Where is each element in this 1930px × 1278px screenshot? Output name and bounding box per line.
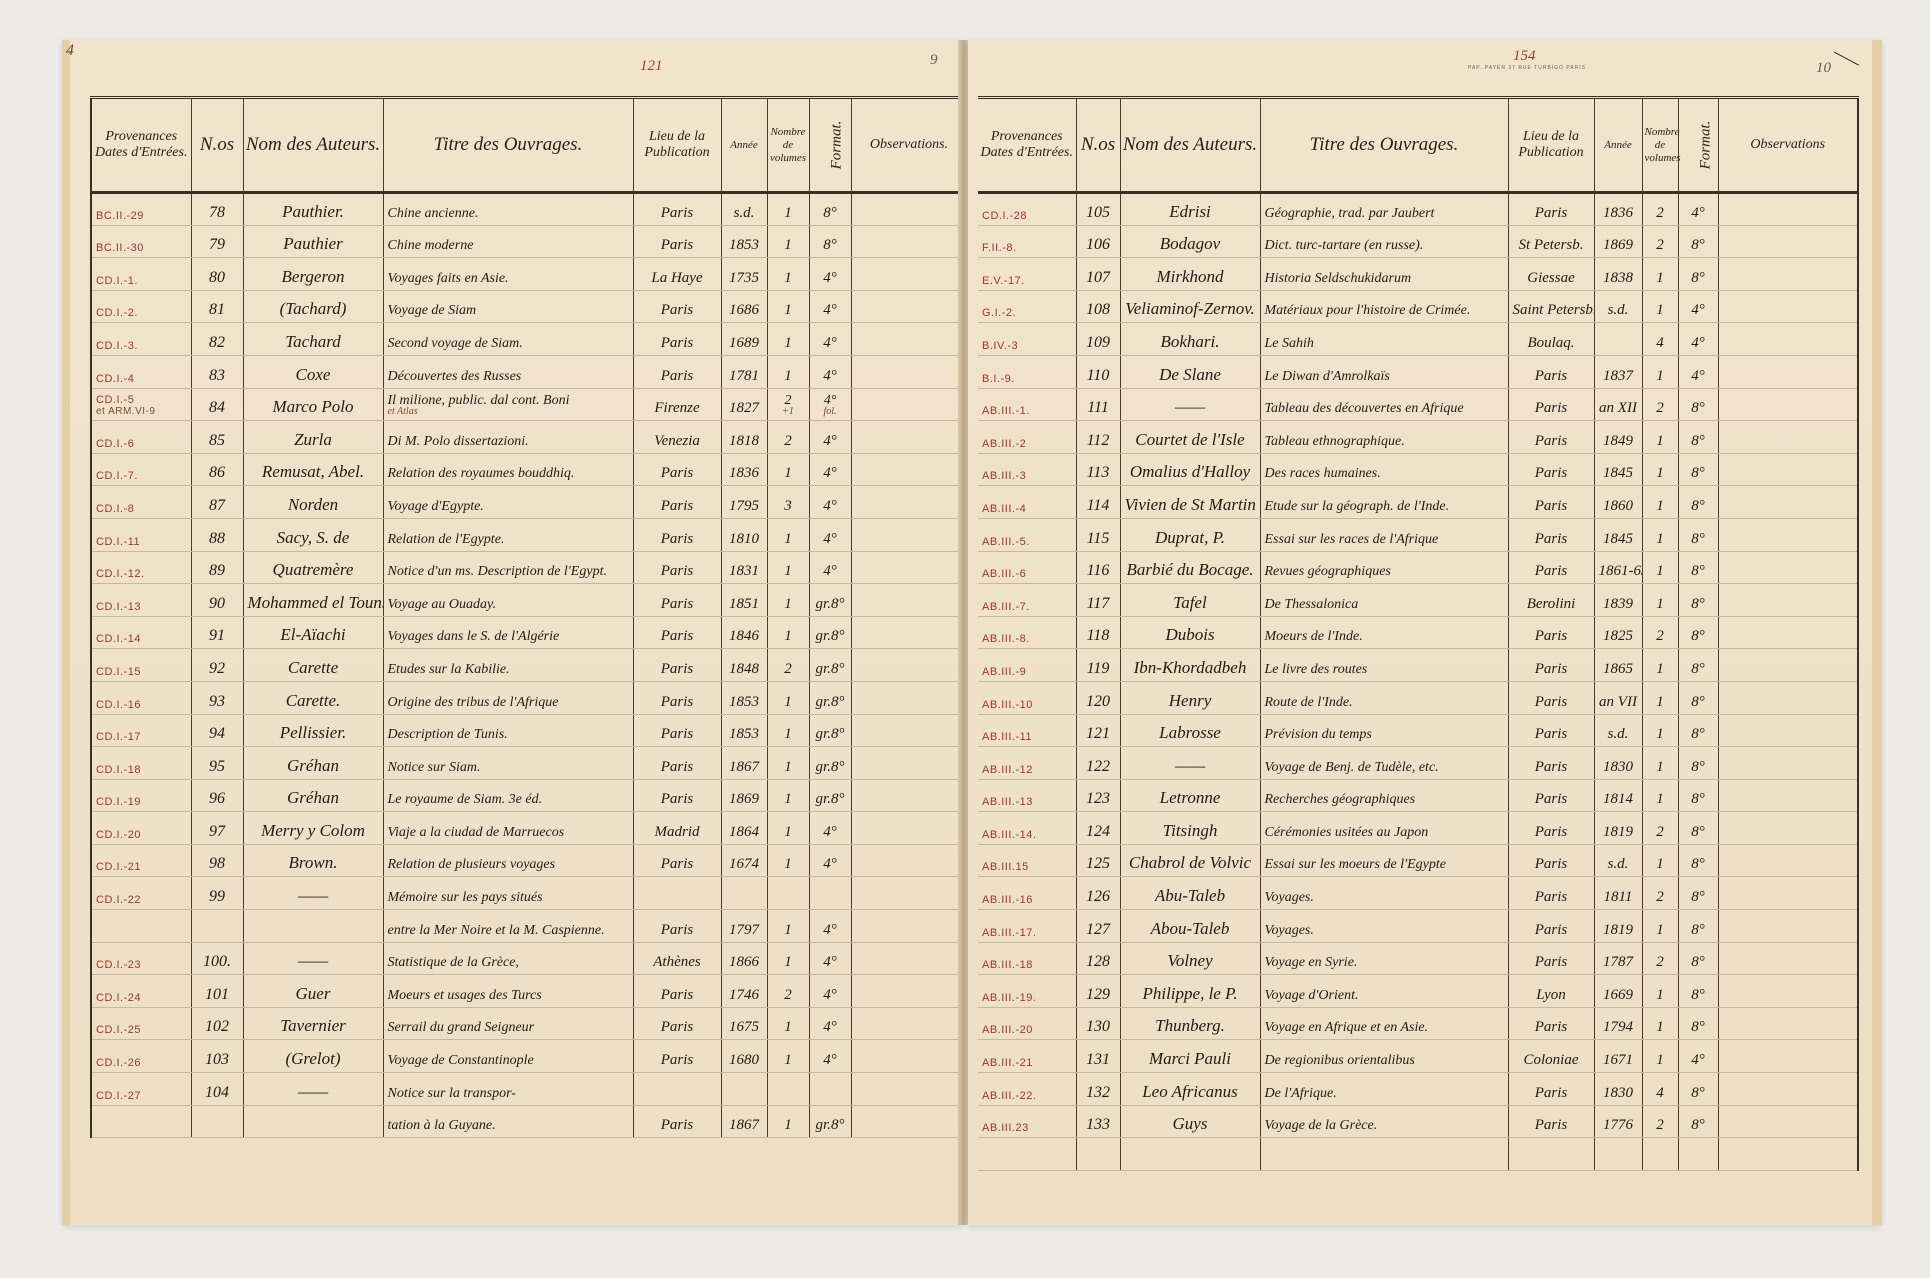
place-cell: Paris — [1508, 1073, 1594, 1106]
observations-cell — [1718, 942, 1858, 975]
number-cell: 79 — [191, 225, 243, 258]
title-cell: Etude sur la géograph. de l'Inde. — [1260, 486, 1508, 519]
volumes-cell: 1 — [1642, 747, 1678, 780]
register-row: BC.II.-2978Pauthier.Chine ancienne.Paris… — [91, 193, 967, 226]
title-cell: Voyage de Benj. de Tudèle, etc. — [1260, 747, 1508, 780]
provenance-cell — [91, 1105, 191, 1138]
volumes-cell — [767, 877, 809, 910]
format-cell: 8° — [1678, 518, 1718, 551]
year-cell: 1849 — [1594, 421, 1642, 454]
observations-cell — [1718, 323, 1858, 356]
title-cell: Voyage d'Egypte. — [383, 486, 633, 519]
title-cell-main: Il milione, public. dal cont. Boni — [388, 395, 629, 406]
year-cell: 1846 — [721, 616, 767, 649]
volumes-cell: 1 — [1642, 1007, 1678, 1040]
number-cell: 80 — [191, 258, 243, 291]
provenance-cell: AB.III.-14. — [978, 812, 1076, 845]
format-cell: gr.8° — [809, 1105, 851, 1138]
volumes-cell: 1 — [1642, 551, 1678, 584]
format-cell: 4° — [809, 812, 851, 845]
provenance-cell: CD.I.-4 — [91, 355, 191, 388]
place-cell: Paris — [633, 616, 721, 649]
provenance-cell: AB.III.-13 — [978, 779, 1076, 812]
register-row: AB.III.-19.129Philippe, le P.Voyage d'Or… — [978, 975, 1858, 1008]
number-cell: 112 — [1076, 421, 1120, 454]
author-cell — [243, 1105, 383, 1138]
register-row: AB.III.-16126Abu-TalebVoyages.Paris18112… — [978, 877, 1858, 910]
register-row: AB.III.-13123LetronneRecherches géograph… — [978, 779, 1858, 812]
provenance-cell: BC.II.-29 — [91, 193, 191, 226]
year-cell: 1669 — [1594, 975, 1642, 1008]
volumes-cell: 1 — [1642, 714, 1678, 747]
header-title: Titre des Ouvrages. — [1260, 98, 1508, 193]
format-cell: 8° — [1678, 812, 1718, 845]
place-cell: Paris — [1508, 747, 1594, 780]
title-cell: Chine moderne — [383, 225, 633, 258]
format-cell: 4° — [809, 844, 851, 877]
year-cell: 1837 — [1594, 355, 1642, 388]
observations-cell — [851, 714, 967, 747]
title-cell: Chine ancienne. — [383, 193, 633, 226]
provenance-cell: B.I.-9. — [978, 355, 1076, 388]
year-cell: 1814 — [1594, 779, 1642, 812]
author-cell: Philippe, le P. — [1120, 975, 1260, 1008]
year-cell: 1848 — [721, 649, 767, 682]
place-cell: Paris — [633, 193, 721, 226]
provenance-cell: AB.III.-9 — [978, 649, 1076, 682]
format-cell: 4°fol. — [809, 388, 851, 421]
provenance-cell: AB.III.-22. — [978, 1073, 1076, 1106]
number-cell: 120 — [1076, 681, 1120, 714]
volumes-cell: 2 — [1642, 225, 1678, 258]
author-cell: (Grelot) — [243, 1040, 383, 1073]
number-cell: 128 — [1076, 942, 1120, 975]
year-cell: 1867 — [721, 747, 767, 780]
title-cell: Relation de plusieurs voyages — [383, 844, 633, 877]
observations-cell — [1718, 225, 1858, 258]
observations-cell — [851, 193, 967, 226]
observations-cell — [1718, 290, 1858, 323]
year-cell: 1866 — [721, 942, 767, 975]
number-cell: 125 — [1076, 844, 1120, 877]
author-cell: Duprat, P. — [1120, 518, 1260, 551]
register-row: AB.III.-4114Vivien de St MartinEtude sur… — [978, 486, 1858, 519]
number-cell — [191, 910, 243, 943]
title-cell: Il milione, public. dal cont. Boniet Atl… — [383, 388, 633, 421]
year-cell: 1830 — [1594, 747, 1642, 780]
register-row: CD.I.-26103(Grelot)Voyage de Constantino… — [91, 1040, 967, 1073]
year-cell: 1675 — [721, 1007, 767, 1040]
provenance-cell: AB.III.-12 — [978, 747, 1076, 780]
observations-cell — [1718, 812, 1858, 845]
format-cell: 4° — [809, 290, 851, 323]
register-table-left: Provenances Dates d'Entrées. N.os Nom de… — [90, 96, 968, 1138]
title-cell: Di M. Polo dissertazioni. — [383, 421, 633, 454]
number-cell: 111 — [1076, 388, 1120, 421]
number-cell: 91 — [191, 616, 243, 649]
observations-cell — [851, 290, 967, 323]
observations-cell — [851, 453, 967, 486]
author-cell: Guer — [243, 975, 383, 1008]
author-cell: Guys — [1120, 1105, 1260, 1138]
volumes-cell: 1 — [1642, 910, 1678, 943]
year-cell: 1686 — [721, 290, 767, 323]
volumes-cell: 1 — [767, 910, 809, 943]
provenance-cell: AB.III.-8. — [978, 616, 1076, 649]
observations-cell — [851, 388, 967, 421]
number-cell: 98 — [191, 844, 243, 877]
format-cell: 4° — [809, 453, 851, 486]
place-cell: Paris — [1508, 910, 1594, 943]
place-cell: Paris — [633, 584, 721, 617]
year-cell: 1795 — [721, 486, 767, 519]
title-cell: Prévision du temps — [1260, 714, 1508, 747]
author-cell: Veliaminof-Zernov. — [1120, 290, 1260, 323]
volumes-cell: 2 — [1642, 812, 1678, 845]
register-row: CD.I.-1188Sacy, S. deRelation de l'Egypt… — [91, 518, 967, 551]
year-cell: 1836 — [1594, 193, 1642, 226]
year-cell: 1836 — [721, 453, 767, 486]
year-cell: 1838 — [1594, 258, 1642, 291]
title-cell: Relation de l'Egypte. — [383, 518, 633, 551]
observations-cell — [1718, 1040, 1858, 1073]
place-cell: Paris — [1508, 355, 1594, 388]
year-cell: 1865 — [1594, 649, 1642, 682]
register-row: CD.I.-23100.——Statistique de la Grèce,At… — [91, 942, 967, 975]
header-place: Lieu de la Publication — [633, 98, 721, 193]
observations-cell — [1718, 649, 1858, 682]
register-row: AB.III.-9119Ibn-KhordadbehLe livre des r… — [978, 649, 1858, 682]
number-cell: 95 — [191, 747, 243, 780]
author-cell: Pauthier — [243, 225, 383, 258]
format-cell: gr.8° — [809, 747, 851, 780]
place-cell: Paris — [1508, 551, 1594, 584]
volumes-cell: 1 — [767, 1007, 809, 1040]
format-cell: gr.8° — [809, 779, 851, 812]
format-cell: 4° — [809, 1040, 851, 1073]
place-cell: Paris — [1508, 942, 1594, 975]
year-cell — [721, 1073, 767, 1106]
author-cell: Ibn-Khordadbeh — [1120, 649, 1260, 682]
observations-cell — [851, 1007, 967, 1040]
observations-cell — [1718, 193, 1858, 226]
observations-cell — [851, 551, 967, 584]
year-cell: s.d. — [1594, 290, 1642, 323]
observations-cell — [851, 747, 967, 780]
author-cell: Titsingh — [1120, 812, 1260, 845]
number-cell: 81 — [191, 290, 243, 323]
title-cell: Voyages dans le S. de l'Algérie — [383, 616, 633, 649]
author-cell: Edrisi — [1120, 193, 1260, 226]
observations-cell — [851, 355, 967, 388]
title-cell: Voyages. — [1260, 877, 1508, 910]
observations-cell — [851, 681, 967, 714]
year-cell — [721, 877, 767, 910]
number-cell: 100. — [191, 942, 243, 975]
header-author: Nom des Auteurs. — [1120, 98, 1260, 193]
volumes-cell: 1 — [767, 290, 809, 323]
author-cell — [243, 910, 383, 943]
register-row: CD.I.-2198Brown.Relation de plusieurs vo… — [91, 844, 967, 877]
register-row: E.V.-17.107MirkhondHistoria Seldschukida… — [978, 258, 1858, 291]
place-cell: Paris — [633, 1007, 721, 1040]
observations-cell — [1718, 975, 1858, 1008]
register-row: AB.III.-5.115Duprat, P.Essai sur les rac… — [978, 518, 1858, 551]
volumes-cell: 1 — [767, 942, 809, 975]
volumes-cell: 1 — [767, 225, 809, 258]
observations-cell — [851, 844, 967, 877]
format-cell: 4° — [1678, 193, 1718, 226]
volumes-cell: 2+1 — [767, 388, 809, 421]
author-cell: —— — [243, 942, 383, 975]
format-cell-main: 4° — [814, 395, 847, 406]
observations-cell — [1718, 584, 1858, 617]
year-cell: 1746 — [721, 975, 767, 1008]
title-cell: Mémoire sur les pays situés — [383, 877, 633, 910]
year-cell: 1869 — [1594, 225, 1642, 258]
author-cell: Zurla — [243, 421, 383, 454]
volumes-cell: 1 — [767, 747, 809, 780]
year-cell: an XII — [1594, 388, 1642, 421]
title-cell: Notice d'un ms. Description de l'Egypt. — [383, 551, 633, 584]
author-cell: Mirkhond — [1120, 258, 1260, 291]
observations-cell — [1718, 551, 1858, 584]
observations-cell — [1718, 779, 1858, 812]
number-cell: 121 — [1076, 714, 1120, 747]
place-cell: Paris — [633, 1040, 721, 1073]
number-cell: 118 — [1076, 616, 1120, 649]
register-row: CD.I.-12.89QuatremèreNotice d'un ms. Des… — [91, 551, 967, 584]
observations-cell — [1718, 453, 1858, 486]
volumes-cell: 3 — [767, 486, 809, 519]
volumes-cell — [1642, 1138, 1678, 1171]
register-row: AB.III.-3113Omalius d'HalloyDes races hu… — [978, 453, 1858, 486]
left-page: 4 121 9 Provenances Dates d'Entrées. N.o… — [62, 40, 962, 1225]
register-row: B.IV.-3109Bokhari.Le SahihBoulaq.44° — [978, 323, 1858, 356]
volumes-cell: 4 — [1642, 323, 1678, 356]
author-cell: Mohammed el Tounsy — [243, 584, 383, 617]
register-row: CD.I.-7.86Remusat, Abel.Relation des roy… — [91, 453, 967, 486]
number-cell: 99 — [191, 877, 243, 910]
number-cell — [1076, 1138, 1120, 1171]
number-cell: 123 — [1076, 779, 1120, 812]
number-cell: 113 — [1076, 453, 1120, 486]
author-cell: Tachard — [243, 323, 383, 356]
number-cell: 129 — [1076, 975, 1120, 1008]
provenance-cell: CD.I.-14 — [91, 616, 191, 649]
observations-cell — [1718, 421, 1858, 454]
number-cell: 132 — [1076, 1073, 1120, 1106]
title-cell: Tableau ethnographique. — [1260, 421, 1508, 454]
header-title: Titre des Ouvrages. — [383, 98, 633, 193]
provenance-cell: CD.I.-25 — [91, 1007, 191, 1040]
number-cell: 116 — [1076, 551, 1120, 584]
volumes-cell: 1 — [767, 518, 809, 551]
format-cell: 4° — [1678, 323, 1718, 356]
title-cell: Essai sur les races de l'Afrique — [1260, 518, 1508, 551]
place-cell: Paris — [1508, 649, 1594, 682]
year-cell: 1818 — [721, 421, 767, 454]
place-cell: Paris — [633, 649, 721, 682]
provenance-cell: AB.III.-16 — [978, 877, 1076, 910]
observations-cell — [1718, 877, 1858, 910]
place-cell: Paris — [633, 551, 721, 584]
place-cell: Paris — [1508, 1105, 1594, 1138]
register-row: B.I.-9.110De SlaneLe Diwan d'AmrolkaïsPa… — [978, 355, 1858, 388]
author-cell: Chabrol de Volvic — [1120, 844, 1260, 877]
author-cell: Pellissier. — [243, 714, 383, 747]
place-cell: Paris — [1508, 486, 1594, 519]
author-cell: Abou-Taleb — [1120, 910, 1260, 943]
volumes-cell: 1 — [1642, 421, 1678, 454]
volumes-cell: 1 — [1642, 486, 1678, 519]
observations-cell — [851, 779, 967, 812]
number-cell: 106 — [1076, 225, 1120, 258]
observations-cell — [851, 421, 967, 454]
register-row: AB.III.-1.111——Tableau des découvertes e… — [978, 388, 1858, 421]
volumes-cell: 1 — [767, 551, 809, 584]
provenance-cell: CD.I.-19 — [91, 779, 191, 812]
volumes-cell: 1 — [1642, 844, 1678, 877]
place-cell: Paris — [633, 975, 721, 1008]
title-cell: Origine des tribus de l'Afrique — [383, 681, 633, 714]
provenance-cell: CD.I.-5et ARM.VI-9 — [91, 388, 191, 421]
author-cell: —— — [1120, 388, 1260, 421]
title-cell: Dict. turc-tartare (en russe). — [1260, 225, 1508, 258]
observations-cell — [1718, 258, 1858, 291]
title-cell: Voyage au Ouaday. — [383, 584, 633, 617]
header-place: Lieu de la Publication — [1508, 98, 1594, 193]
author-cell: Labrosse — [1120, 714, 1260, 747]
provenance-cell: AB.III.15 — [978, 844, 1076, 877]
author-cell — [1120, 1138, 1260, 1171]
provenance-cell — [91, 910, 191, 943]
format-cell — [809, 877, 851, 910]
format-cell: 4° — [809, 1007, 851, 1040]
year-cell: 1853 — [721, 714, 767, 747]
volumes-cell: 1 — [767, 681, 809, 714]
author-cell: —— — [243, 1073, 383, 1106]
header-provenance: Provenances Dates d'Entrées. — [978, 98, 1076, 193]
header-provenance: Provenances Dates d'Entrées. — [91, 98, 191, 193]
format-cell: 8° — [1678, 975, 1718, 1008]
number-cell: 83 — [191, 355, 243, 388]
observations-cell — [1718, 616, 1858, 649]
place-cell: Paris — [633, 910, 721, 943]
number-cell: 124 — [1076, 812, 1120, 845]
author-cell: Merry y Colom — [243, 812, 383, 845]
register-row: AB.III.-21131Marci PauliDe regionibus or… — [978, 1040, 1858, 1073]
format-cell — [1678, 1138, 1718, 1171]
place-cell: Paris — [1508, 453, 1594, 486]
header-year: Année — [721, 98, 767, 193]
volumes-cell: 1 — [767, 714, 809, 747]
place-cell: Firenze — [633, 388, 721, 421]
place-cell: Paris — [633, 355, 721, 388]
place-cell: Berolini — [1508, 584, 1594, 617]
volumes-cell: 4 — [1642, 1073, 1678, 1106]
register-row: CD.I.-2.81(Tachard)Voyage de SiamParis16… — [91, 290, 967, 323]
place-cell: Paris — [1508, 681, 1594, 714]
author-cell: Carette. — [243, 681, 383, 714]
provenance-cell: CD.I.-2. — [91, 290, 191, 323]
volumes-cell: 1 — [1642, 453, 1678, 486]
title-cell: Relation des royaumes bouddhiq. — [383, 453, 633, 486]
year-cell: 1845 — [1594, 518, 1642, 551]
provenance-cell: AB.III.-3 — [978, 453, 1076, 486]
author-cell: Norden — [243, 486, 383, 519]
volumes-cell: 1 — [1642, 355, 1678, 388]
format-cell: 8° — [1678, 225, 1718, 258]
number-cell: 102 — [191, 1007, 243, 1040]
year-cell: 1853 — [721, 681, 767, 714]
format-cell: 8° — [1678, 779, 1718, 812]
title-cell: Voyage d'Orient. — [1260, 975, 1508, 1008]
format-cell — [809, 1073, 851, 1106]
place-cell: Athènes — [633, 942, 721, 975]
place-cell: Paris — [633, 747, 721, 780]
header-format: Format. — [809, 98, 851, 193]
observations-cell — [1718, 1105, 1858, 1138]
observations-cell — [1718, 1007, 1858, 1040]
volumes-cell: 1 — [767, 1040, 809, 1073]
observations-cell — [1718, 486, 1858, 519]
place-cell: Paris — [1508, 844, 1594, 877]
place-cell: Paris — [1508, 779, 1594, 812]
format-cell: gr.8° — [809, 649, 851, 682]
year-cell: 1845 — [1594, 453, 1642, 486]
title-cell: Des races humaines. — [1260, 453, 1508, 486]
format-cell: 8° — [1678, 714, 1718, 747]
title-cell: Voyage de la Grèce. — [1260, 1105, 1508, 1138]
register-row: CD.I.-1592CaretteEtudes sur la Kabilie.P… — [91, 649, 967, 682]
volumes-cell-annotation: +1 — [772, 406, 805, 417]
place-cell: Paris — [1508, 388, 1594, 421]
volumes-cell: 2 — [1642, 193, 1678, 226]
observations-cell — [851, 518, 967, 551]
volumes-cell: 1 — [767, 258, 809, 291]
folio-number: 121 — [640, 58, 663, 75]
register-row: CD.I.-1996GréhanLe royaume de Siam. 3e é… — [91, 779, 967, 812]
pencil-page-number: 9 — [930, 52, 938, 69]
author-cell: Dubois — [1120, 616, 1260, 649]
provenance-cell: CD.I.-20 — [91, 812, 191, 845]
provenance-cell: CD.I.-1. — [91, 258, 191, 291]
corner-tick-mark — [1834, 38, 1866, 65]
header-number: N.os — [1076, 98, 1120, 193]
title-cell: Historia Seldschukidarum — [1260, 258, 1508, 291]
year-cell: 1831 — [721, 551, 767, 584]
number-cell: 96 — [191, 779, 243, 812]
author-cell: —— — [1120, 747, 1260, 780]
year-cell: 1781 — [721, 355, 767, 388]
provenance-cell: F.II.-8. — [978, 225, 1076, 258]
title-cell: Etudes sur la Kabilie. — [383, 649, 633, 682]
format-cell: 4° — [809, 551, 851, 584]
author-cell: Leo Africanus — [1120, 1073, 1260, 1106]
author-cell: —— — [243, 877, 383, 910]
volumes-cell: 1 — [767, 323, 809, 356]
provenance-cell: CD.I.-28 — [978, 193, 1076, 226]
title-cell: Recherches géographiques — [1260, 779, 1508, 812]
provenance-cell: G.I.-2. — [978, 290, 1076, 323]
header-observations: Observations. — [851, 98, 967, 193]
volumes-cell — [767, 1073, 809, 1106]
volumes-cell: 1 — [1642, 649, 1678, 682]
volumes-cell: 2 — [767, 975, 809, 1008]
volumes-cell: 1 — [767, 844, 809, 877]
register-row: AB.III.-6116Barbié du Bocage.Revues géog… — [978, 551, 1858, 584]
